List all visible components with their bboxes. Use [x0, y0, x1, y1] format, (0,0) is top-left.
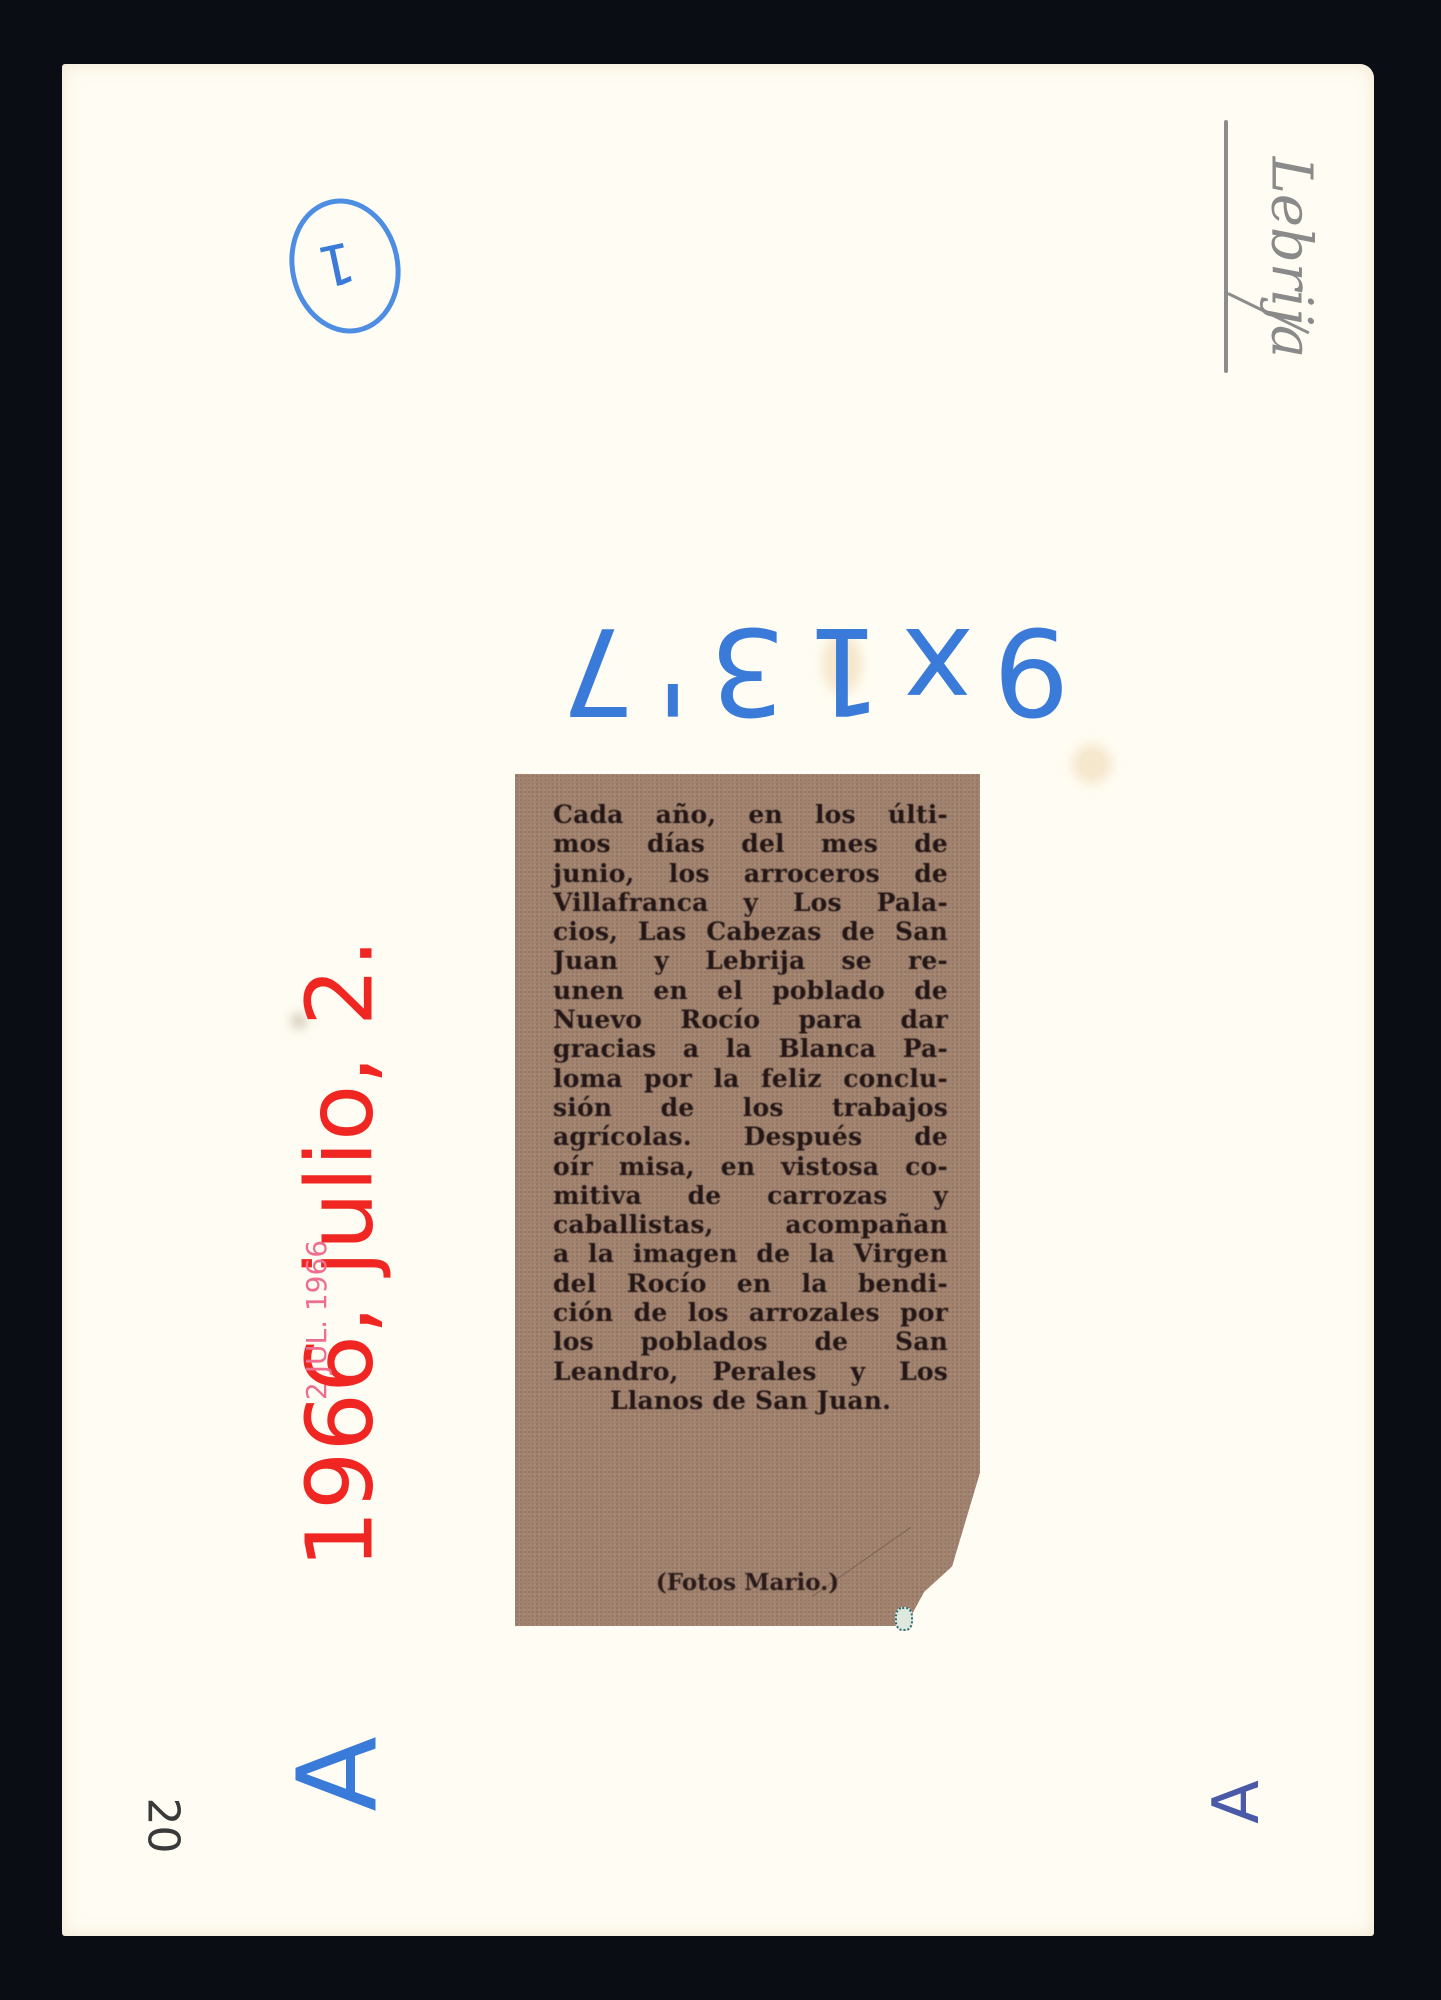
- clipping-line: loma por la feliz conclu-: [553, 1064, 948, 1093]
- clipping-line: unen en el poblado de: [553, 976, 948, 1005]
- clipping-line: sión de los trabajos: [553, 1093, 948, 1122]
- clipping-line: a la imagen de la Virgen: [553, 1239, 948, 1268]
- circled-number-text: 1: [312, 228, 360, 299]
- clipping-line: Nuevo Rocío para dar: [553, 1005, 948, 1034]
- clipping-line: Llanos de San Juan.: [553, 1386, 948, 1415]
- clipping-line: agrícolas. Después de: [553, 1122, 948, 1151]
- clipping-line: Leandro, Perales y Los: [553, 1357, 948, 1386]
- clipping-line: Villafranca y Los Pala-: [553, 888, 948, 917]
- clipping-line: mos días del mes de: [553, 829, 948, 858]
- tape-remnant: [895, 1607, 913, 1631]
- archive-number: 20: [138, 1798, 189, 1854]
- clipping-line: oír misa, en vistosa co-: [553, 1152, 948, 1181]
- clipping-body: Cada año, en los últi-mos días del mes d…: [553, 800, 948, 1415]
- blue-letter-right: A: [1200, 1780, 1274, 1824]
- paper-stain: [1072, 744, 1112, 784]
- stamp-date: 2 JUL. 1966: [300, 1240, 333, 1400]
- clipping-line: cios, Las Cabezas de San: [553, 917, 948, 946]
- clipping-line: del Rocío en la bendi-: [553, 1269, 948, 1298]
- size-note-annotation: 9x13'7: [540, 600, 1069, 739]
- clipping-line: los poblados de San: [553, 1327, 948, 1356]
- pencil-location-note: Lebrija: [1258, 157, 1323, 359]
- clipping-line: caballistas, acompañan: [553, 1210, 948, 1239]
- newspaper-clipping: Cada año, en los últi-mos días del mes d…: [515, 774, 980, 1626]
- clipping-line: Cada año, en los últi-: [553, 800, 948, 829]
- pencil-line: [1224, 120, 1228, 373]
- clipping-line: Juan y Lebrija se re-: [553, 946, 948, 975]
- clipping-line: gracias a la Blanca Pa-: [553, 1034, 948, 1063]
- blue-letter-left: A: [274, 1736, 402, 1811]
- clipping-line: ción de los arrozales por: [553, 1298, 948, 1327]
- clipping-line: mitiva de carrozas y: [553, 1181, 948, 1210]
- clipping-line: junio, los arroceros de: [553, 859, 948, 888]
